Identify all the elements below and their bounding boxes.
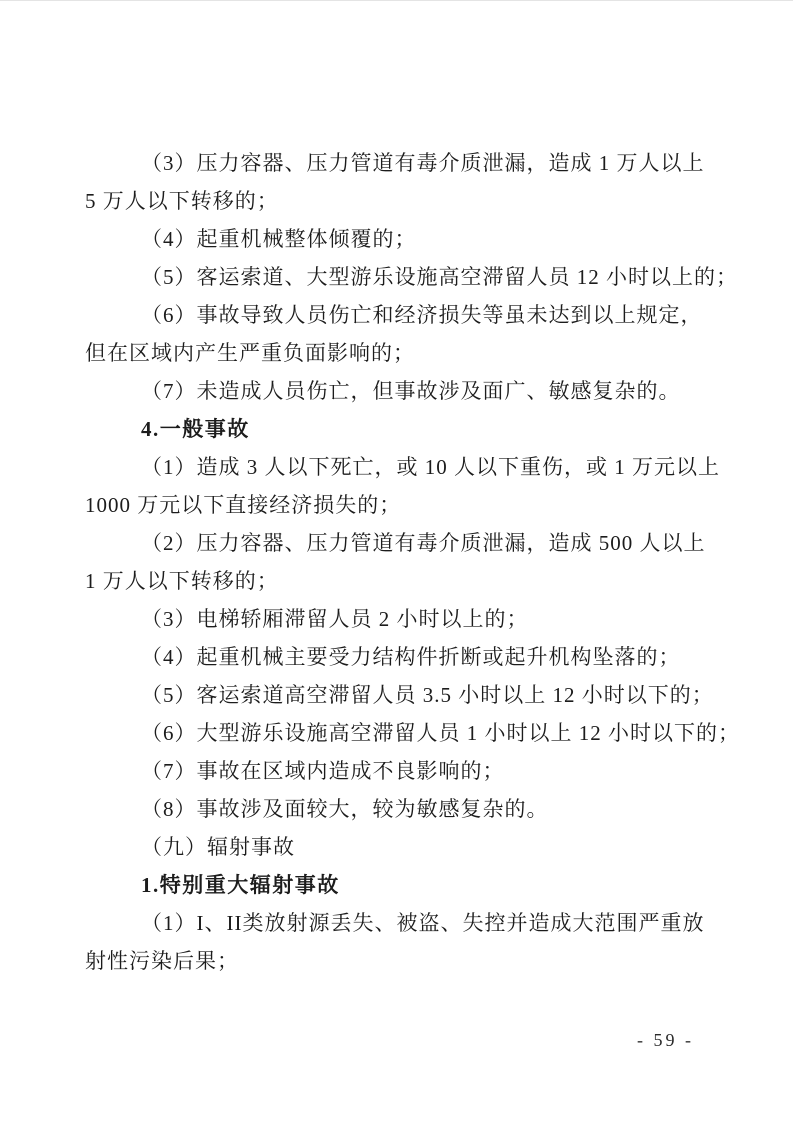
text-line: （7）事故在区域内造成不良影响的； [85,752,717,790]
section-heading-general-accident: 4.一般事故 [85,410,717,448]
text-line: （3）压力容器、压力管道有毒介质泄漏，造成 1 万人以上 [85,144,717,182]
text-line: （1）造成 3 人以下死亡，或 10 人以下重伤，或 1 万元以上 [85,448,717,486]
text-line: （3）电梯轿厢滞留人员 2 小时以上的； [85,600,717,638]
text-line: 射性污染后果； [85,942,717,980]
text-line: 5 万人以下转移的； [85,182,717,220]
document-text-block: （3）压力容器、压力管道有毒介质泄漏，造成 1 万人以上 5 万人以下转移的； … [85,144,717,980]
text-line: （7）未造成人员伤亡，但事故涉及面广、敏感复杂的。 [85,372,717,410]
text-line: （6）大型游乐设施高空滞留人员 1 小时以上 12 小时以下的； [85,714,717,752]
text-line: （4）起重机械整体倾覆的； [85,220,717,258]
document-page: （3）压力容器、压力管道有毒介质泄漏，造成 1 万人以上 5 万人以下转移的； … [0,1,793,1122]
text-line: （8）事故涉及面较大，较为敏感复杂的。 [85,790,717,828]
section-heading-special-major-radiation-accident: 1.特别重大辐射事故 [85,866,717,904]
text-line: 1 万人以下转移的； [85,562,717,600]
text-line: （5）客运索道、大型游乐设施高空滞留人员 12 小时以上的； [85,258,717,296]
text-line: 但在区域内产生严重负面影响的； [85,334,717,372]
section-heading-radiation-accident: （九）辐射事故 [85,828,717,866]
text-line: 1000 万元以下直接经济损失的； [85,486,717,524]
text-line: （6）事故导致人员伤亡和经济损失等虽未达到以上规定， [85,296,717,334]
text-line: （1）I、II类放射源丢失、被盗、失控并造成大范围严重放 [85,904,717,942]
text-line: （4）起重机械主要受力结构件折断或起升机构坠落的； [85,638,717,676]
text-line: （2）压力容器、压力管道有毒介质泄漏，造成 500 人以上 [85,524,717,562]
page-number: - 59 - [0,1027,694,1053]
text-line: （5）客运索道高空滞留人员 3.5 小时以上 12 小时以下的； [85,676,717,714]
